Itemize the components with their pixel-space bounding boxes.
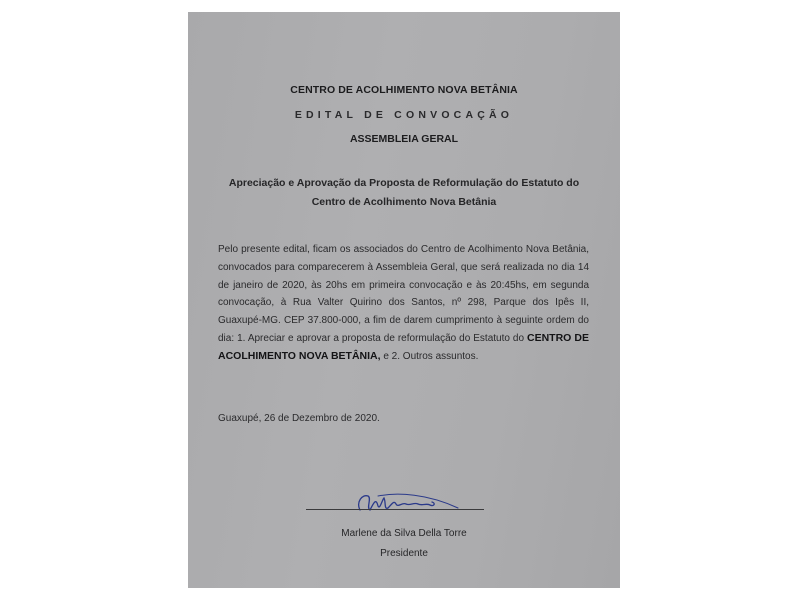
- body-text-part-2: e 2. Outros assuntos.: [381, 351, 479, 362]
- meeting-type: ASSEMBLEIA GERAL: [188, 133, 620, 145]
- place-and-date: Guaxupé, 26 de Dezembro de 2020.: [218, 413, 380, 424]
- signature-icon: [348, 488, 468, 518]
- signature-line: [306, 509, 484, 510]
- document-heading: EDITAL DE CONVOCAÇÃO: [188, 109, 620, 121]
- subject-line-2: Centro de Acolhimento Nova Betânia: [188, 193, 620, 212]
- document-page: CENTRO DE ACOLHIMENTO NOVA BETÂNIA EDITA…: [188, 12, 620, 588]
- subject: Apreciação e Aprovação da Proposta de Re…: [188, 174, 620, 212]
- organization-title: CENTRO DE ACOLHIMENTO NOVA BETÂNIA: [188, 84, 620, 96]
- signer-name: Marlene da Silva Della Torre: [188, 528, 620, 539]
- convocation-body: Pelo presente edital, ficam os associado…: [218, 241, 589, 366]
- body-text-part-1: Pelo presente edital, ficam os associado…: [218, 244, 589, 344]
- signer-role: Presidente: [188, 548, 620, 559]
- subject-line-1: Apreciação e Aprovação da Proposta de Re…: [188, 174, 620, 193]
